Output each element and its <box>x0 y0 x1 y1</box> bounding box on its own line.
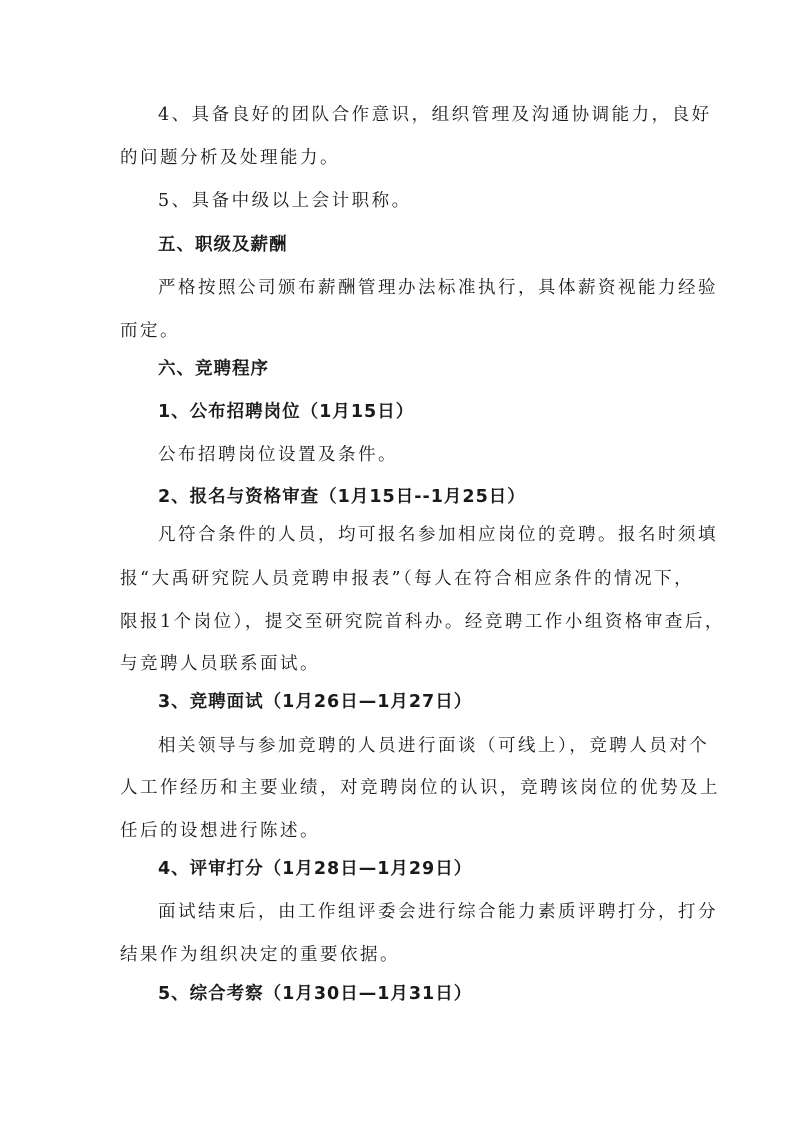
document-page: 4、具备良好的团队合作意识，组织管理及沟通协调能力，良好 的问题分析及处理能力。… <box>0 0 793 1122</box>
step-2-text-line-4: 与竞聘人员联系面试。 <box>120 652 675 676</box>
section-heading-salary: 五、职级及薪酬 <box>158 233 675 257</box>
step-4-title: 4、评审打分（1月28日—1月29日） <box>158 857 675 881</box>
step-5-title: 5、综合考察（1月30日—1月31日） <box>158 982 675 1006</box>
step-1-text: 公布招聘岗位设置及条件。 <box>158 443 675 467</box>
step-2-title: 2、报名与资格审查（1月15日--1月25日） <box>158 485 675 509</box>
step-2-text-line-1: 凡符合条件的人员，均可报名参加相应岗位的竞聘。报名时须填 <box>158 523 675 547</box>
requirement-item-4-line-1: 4、具备良好的团队合作意识，组织管理及沟通协调能力，良好 <box>158 103 675 127</box>
step-3-text-line-3: 任后的设想进行陈述。 <box>120 819 675 843</box>
step-4-text-line-1: 面试结束后，由工作组评委会进行综合能力素质评聘打分，打分 <box>158 900 675 924</box>
requirement-item-5: 5、具备中级以上会计职称。 <box>158 189 675 213</box>
salary-paragraph-line-2: 而定。 <box>120 319 675 343</box>
step-3-title: 3、竞聘面试（1月26日—1月27日） <box>158 690 675 714</box>
salary-paragraph-line-1: 严格按照公司颁布薪酬管理办法标准执行，具体薪资视能力经验 <box>158 276 675 300</box>
step-3-text-line-1: 相关领导与参加竞聘的人员进行面谈（可线上），竞聘人员对个 <box>158 734 675 758</box>
step-3-text-line-2: 人工作经历和主要业绩，对竞聘岗位的认识，竞聘该岗位的优势及上 <box>120 776 675 800</box>
step-2-text-line-2: 报“大禹研究院人员竞聘申报表”（每人在符合相应条件的情况下， <box>120 567 675 591</box>
step-2-text-line-3: 限报1个岗位），提交至研究院首科办。经竞聘工作小组资格审查后， <box>120 610 675 634</box>
section-heading-procedure: 六、竞聘程序 <box>158 357 675 381</box>
step-1-title: 1、公布招聘岗位（1月15日） <box>158 400 675 424</box>
requirement-item-4-line-2: 的问题分析及处理能力。 <box>120 146 675 170</box>
step-4-text-line-2: 结果作为组织决定的重要依据。 <box>120 943 675 967</box>
